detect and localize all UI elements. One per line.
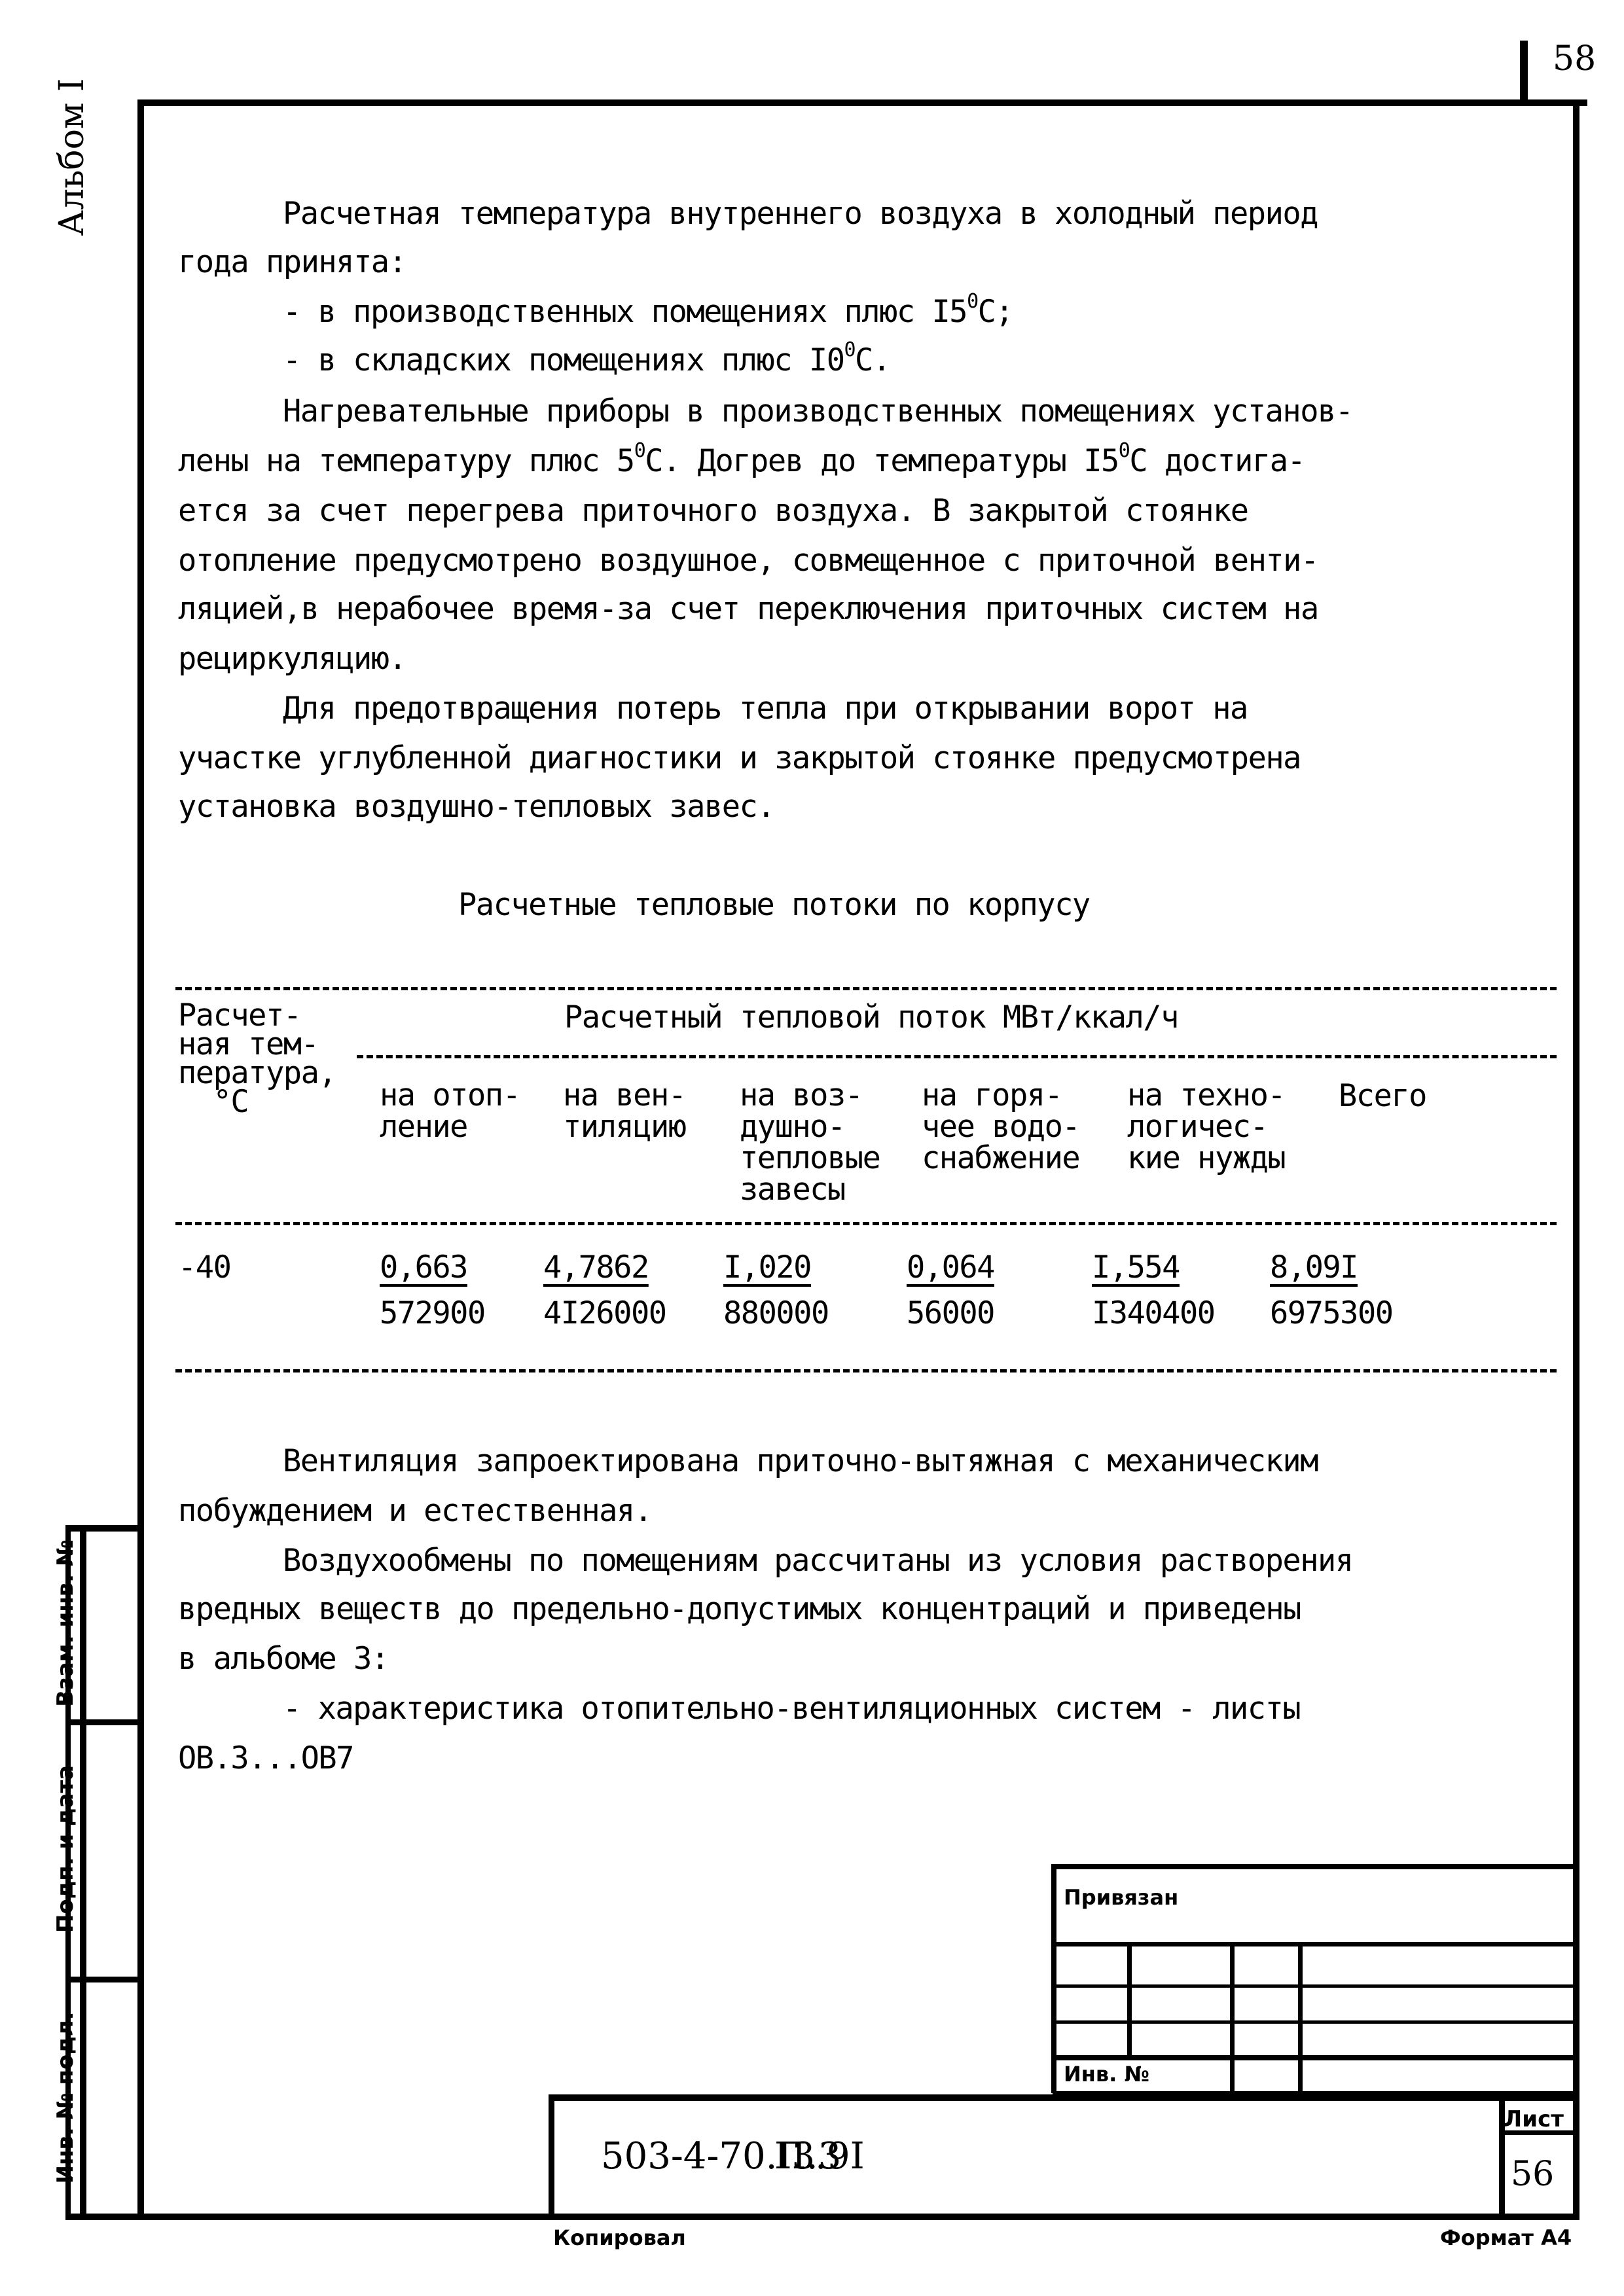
text-line: Вентиляция запроектирована приточно-вытя…: [178, 1437, 1624, 1486]
table-top-rule: [175, 987, 1557, 990]
cell-technological-mw: I,554: [1092, 1251, 1180, 1284]
degree-superscript: 0: [967, 290, 978, 313]
text-line: Воздухообмены по помещениям рассчитаны и…: [178, 1537, 1624, 1585]
list-item-tail: C.: [855, 342, 890, 378]
text-line: года принята:: [178, 238, 1526, 287]
text-line: отопление предусмотрено воздушное, совме…: [178, 537, 1526, 585]
table-group-rule: [357, 1055, 1557, 1058]
column-header-hot-water: на горя- чее водо- снабжение: [922, 1080, 1079, 1174]
tb-grid-v2: [1230, 1944, 1235, 2094]
text-line: Нагревательные приборы в производственны…: [178, 387, 1624, 436]
text-segment: C. Догрев до температуры I5: [645, 443, 1119, 479]
table-header-bottom-rule: [175, 1222, 1557, 1225]
text-line: рециркуляцию.: [178, 635, 1526, 683]
column-header-technological: на техно- логичес- кие нужды: [1127, 1080, 1285, 1174]
cell-hot-water-kcal: 56000: [907, 1297, 994, 1330]
degree-superscript: 0: [634, 439, 645, 462]
inv-no-label: Инв. №: [1064, 2062, 1149, 2087]
column-group-header: Расчетный тепловой поток МВт/ккал/ч: [564, 1001, 1178, 1034]
table-title: Расчетные тепловые потоки по корпусу: [458, 881, 1090, 929]
stamp-label-replacement-inv: Взам. инв. №: [52, 1528, 79, 1718]
stamp-inner-divider: [80, 1528, 86, 2217]
corner-tick-vertical: [1520, 41, 1528, 103]
frame-bottom-border: [65, 2214, 1579, 2220]
cell-ventilation-mw: 4,7862: [543, 1251, 649, 1284]
tb-grid-top: [1053, 1864, 1576, 1869]
frame-left-border: [137, 99, 144, 2220]
sheet-number: 56: [1511, 2155, 1554, 2194]
column-header-heating: на отоп- ление: [380, 1080, 520, 1143]
column-header-ventilation: на вен- тиляцию: [563, 1080, 686, 1143]
cell-ventilation-kcal: 4I26000: [543, 1297, 666, 1330]
column-header-air-curtains: на воз- душно- тепловые завесы: [740, 1080, 880, 1206]
text-line: ется за счет перегрева приточного воздух…: [178, 487, 1526, 535]
text-line: вредных веществ до предельно-допустимых …: [178, 1585, 1526, 1634]
degree-superscript: 0: [844, 338, 855, 361]
section-number: П.3: [774, 2135, 841, 2178]
cell-air-curtains-mw: I,020: [723, 1251, 811, 1284]
corner-page-number: 58: [1553, 39, 1596, 79]
copied-by-label: Копировал: [553, 2225, 686, 2250]
album-label: Альбом I: [52, 33, 98, 281]
table-bottom-rule: [175, 1369, 1557, 1372]
tb-main-top: [549, 2094, 1576, 2101]
text-line: ОВ.3...ОВ7: [178, 1734, 1526, 1783]
text-segment: C достига-: [1129, 443, 1305, 479]
list-item: - в складских помещениях плюс I00C.: [178, 336, 1624, 385]
column-header-total: Всего: [1339, 1080, 1426, 1113]
stamp-label-signature-date: Подп. и дата: [52, 1725, 79, 1973]
column-header-temperature: Расчет- ная тем- пература, °C: [178, 1001, 336, 1117]
list-item-tail: C;: [978, 294, 1013, 330]
cell-heating-mw: 0,663: [380, 1251, 467, 1284]
tb-grid-v1: [1127, 1944, 1132, 2056]
format-label: Формат А4: [1440, 2225, 1572, 2250]
stamp-divider-2: [65, 1977, 143, 1982]
text-line: участке углубленной диагностики и закрыт…: [178, 734, 1526, 783]
text-line: в альбоме 3:: [178, 1635, 1526, 1683]
cell-total-kcal: 6975300: [1270, 1297, 1393, 1330]
text-line: лены на температуру плюс 50C. Догрев до …: [178, 437, 1526, 486]
text-line: Расчетная температура внутреннего воздух…: [178, 190, 1624, 238]
text-line: Для предотвращения потерь тепла при откр…: [178, 685, 1624, 733]
list-item: - характеристика отопительно-вентиляцион…: [178, 1685, 1624, 1733]
cell-hot-water-mw: 0,064: [907, 1251, 994, 1284]
text-segment: лены на температуру плюс 5: [178, 443, 634, 479]
list-item-text: - в складских помещениях плюс I0: [283, 342, 844, 378]
degree-superscript: 0: [1119, 439, 1130, 462]
privyazan-label: Привязан: [1064, 1885, 1178, 1910]
sheet-label: Лист: [1504, 2106, 1564, 2132]
text-line: ляцией,в нерабочее время-за счет переклю…: [178, 585, 1526, 634]
list-item-text: - в производственных помещениях плюс I5: [283, 294, 967, 330]
list-item: - в производственных помещениях плюс I50…: [178, 288, 1624, 336]
cell-technological-kcal: I340400: [1092, 1297, 1215, 1330]
cell-total-mw: 8,09I: [1270, 1251, 1358, 1284]
stamp-label-original-inv: Инв. № подл.: [52, 1983, 79, 2212]
frame-top-border: [137, 99, 1587, 106]
tb-grid-v3: [1298, 1944, 1303, 2094]
cell-temperature: -40: [178, 1251, 230, 1284]
text-line: побуждением и естественная.: [178, 1487, 1526, 1535]
cell-air-curtains-kcal: 880000: [723, 1297, 829, 1330]
text-line: установка воздушно-тепловых завес.: [178, 783, 1526, 831]
cell-heating-kcal: 572900: [380, 1297, 485, 1330]
tb-main-left: [549, 2094, 554, 2217]
